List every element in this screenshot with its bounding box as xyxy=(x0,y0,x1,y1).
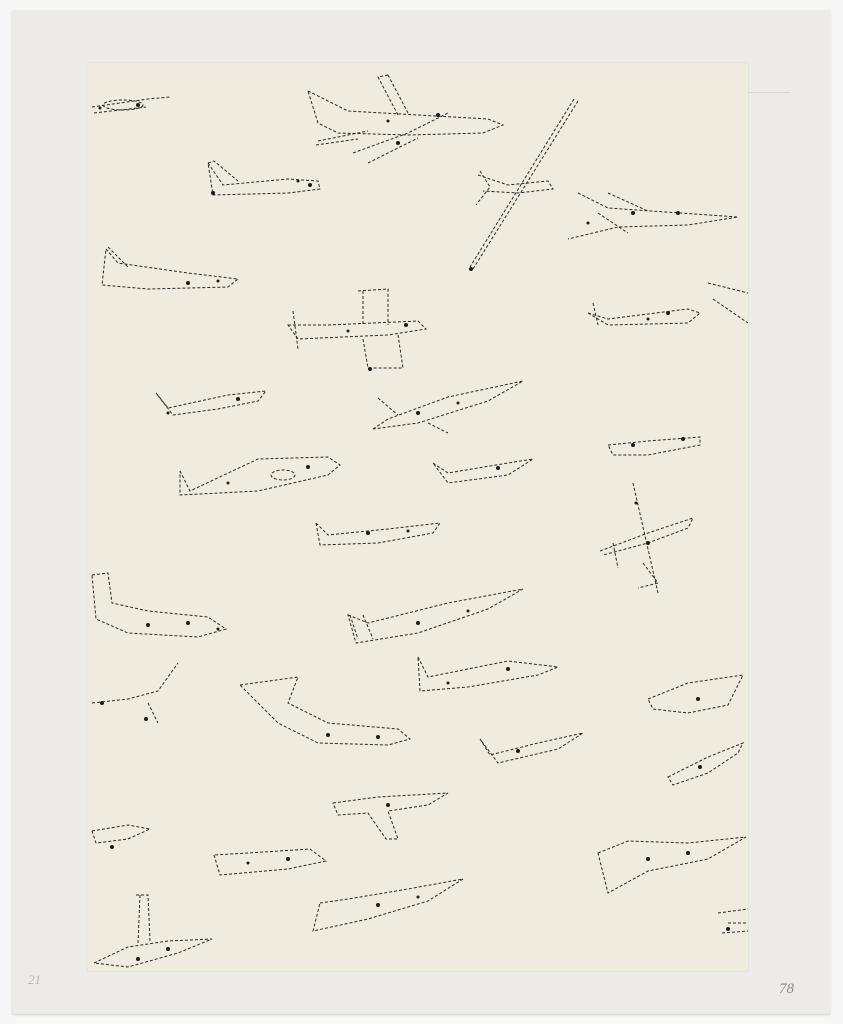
pencil-number-left: 21 xyxy=(28,972,41,988)
drawing-sheet xyxy=(88,63,748,971)
aircraft-icon xyxy=(288,289,426,371)
pencil-number-right: 78 xyxy=(779,981,794,998)
aircraft-icon xyxy=(373,381,523,433)
aircraft-icon xyxy=(418,657,558,691)
mount-crease xyxy=(745,92,790,93)
aircraft-icon xyxy=(433,459,533,483)
aircraft-icon xyxy=(333,793,448,839)
aircraft-icon xyxy=(480,733,583,763)
aircraft-icon xyxy=(102,247,238,289)
aircraft-icon xyxy=(600,483,693,593)
aircraft-icon xyxy=(94,895,212,967)
aircraft-icon xyxy=(92,97,170,113)
aircraft-icon xyxy=(588,283,748,325)
aircraft-icon xyxy=(92,573,226,637)
aircraft-icon xyxy=(608,437,700,455)
aircraft-icon xyxy=(348,589,523,643)
aircraft-icon xyxy=(568,193,738,239)
aircraft-icon xyxy=(240,677,410,745)
aircraft-icon xyxy=(180,457,340,495)
aircraft-icon xyxy=(308,75,503,163)
aircraft-icon xyxy=(316,523,440,545)
aircraft-icon xyxy=(718,909,748,933)
aircraft-icon xyxy=(668,743,743,785)
aircraft-icon xyxy=(92,825,150,849)
aircraft-icon xyxy=(648,675,743,713)
aircraft-icon xyxy=(214,849,326,875)
aircraft-icon xyxy=(469,99,578,271)
aircraft-icon xyxy=(598,837,746,893)
aircraft-icon xyxy=(208,161,320,195)
aircraft-icon xyxy=(156,391,266,415)
aircraft-icon xyxy=(313,879,463,931)
aircraft-drawings xyxy=(88,63,748,971)
aircraft-icon xyxy=(92,663,178,723)
